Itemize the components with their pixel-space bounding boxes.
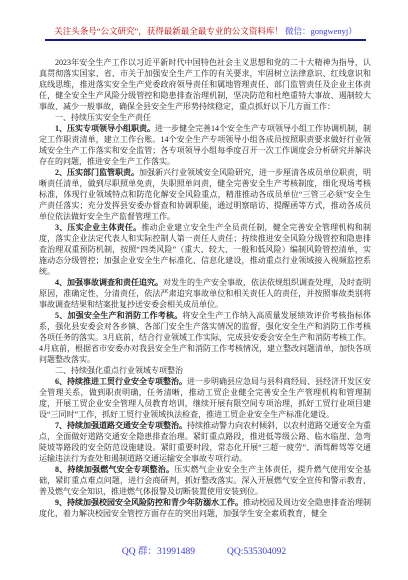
body-paragraph: 1、压实专项领导小组职责。进一步健全完善14个安全生产专项领导小组工作协调机制，… — [39, 123, 371, 167]
paragraph-lead: 9、持续加强校园安全风险防控和青少年防溺水工作。 — [55, 498, 243, 507]
document-page: 关注头条号“公文研究”，获得最新最全最专业的公文资料库！ 微信：gongweny… — [0, 0, 408, 580]
body-paragraph: 5、加强安全生产和消防工作考核。将安全生产工作纳入高质量发展绩效评价考核指标体系… — [39, 310, 371, 365]
footer-qq: QQ:535304092 — [227, 547, 286, 557]
section-heading: 二、持续强化重点行业领域专项整治 — [39, 365, 371, 376]
header-wechat-text: 微信：gongwenyj） — [283, 26, 357, 36]
body-paragraph: 3、压实企业主体责任。推动企业建立安全生产全员责任制，健全完善安全管理机构和制度… — [39, 222, 371, 277]
body-paragraph: 6、持续推进工贸行业安全专项整治。进一步明确县应急局与县科商经局、县经济开发区安… — [39, 376, 371, 420]
header-banner: 关注头条号“公文研究”，获得最新最全最专业的公文资料库！ 微信：gongweny… — [45, 25, 366, 41]
body-paragraph: 4、加强事故调查和责任追究。对发生的生产安全事故，依法依规组织调查处理，及时查明… — [39, 277, 371, 310]
document-body: 2023年安全生产工作以习近平新时代中国特色社会主义思想和党的二十大精神为指导，… — [39, 57, 371, 519]
paragraph-lead: 5、加强安全生产和消防工作考核。 — [55, 311, 182, 320]
body-paragraph: 7、持续加强道路交通安全专项整治。持续推动警力向农村倾斜，以农村道路交通安全为重… — [39, 420, 371, 464]
header-notice-text: 关注头条号“公文研究”，获得最新最全最专业的公文资料库！ — [54, 26, 283, 36]
paragraph-lead: 1、压实专项领导小组职责。 — [55, 124, 155, 133]
footer-qq-group: QQ 群：31991489 — [122, 547, 195, 557]
body-paragraph: 2023年安全生产工作以习近平新时代中国特色社会主义思想和党的二十大精神为指导，… — [39, 57, 371, 112]
paragraph-lead: 2、压实部门监管职责。 — [55, 168, 139, 177]
paragraph-lead: 8、持续加强燃气安全专项整治。 — [55, 465, 174, 474]
paragraph-lead: 3、压实企业主体责任。 — [55, 223, 141, 232]
footer-contact: QQ 群：31991489QQ:535304092 — [0, 543, 408, 557]
paragraph-lead: 6、持续推进工贸行业安全专项整治。 — [55, 377, 187, 386]
body-paragraph: 8、持续加强燃气安全专项整治。压实燃气企业安全生产主体责任，提升燃气使用安全基础… — [39, 464, 371, 497]
body-paragraph: 9、持续加强校园安全风险防控和青少年防溺水工作。推动校园及周边安全隐患排查治理制… — [39, 497, 371, 519]
section-heading: 一、持续压实安全生产责任 — [39, 112, 371, 123]
paragraph-lead: 4、加强事故调查和责任追究。 — [55, 278, 163, 287]
body-paragraph: 2、压实部门监管职责。加强新兴行业领域安全风险研究，进一步厘清各成员单位职责，明… — [39, 167, 371, 222]
paragraph-lead: 7、持续加强道路交通安全专项整治。 — [55, 421, 187, 430]
